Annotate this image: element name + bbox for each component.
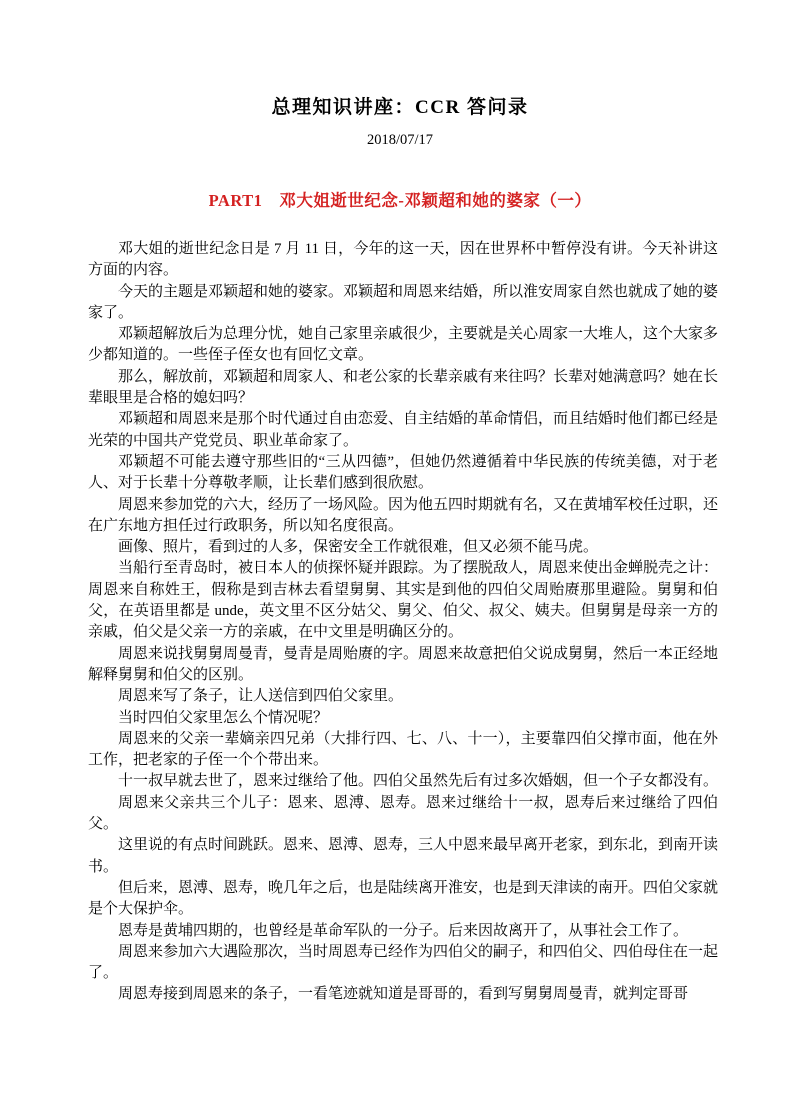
- body-paragraph-2: 今天的主题是邓颖超和她的婆家。邓颖超和周恩来结婚，所以淮安周家自然也就成了她的婆…: [88, 282, 718, 325]
- document-page: 总理知识讲座：CCR 答问录 2018/07/17 PART1 邓大姐逝世纪念-…: [0, 0, 800, 1100]
- body-paragraph-19: 周恩来参加六大遇险那次，当时周恩寿已经作为四伯父的嗣子，和四伯父、四伯母住在一起…: [88, 942, 718, 985]
- body-paragraph-15: 周恩来父亲共三个儿子：恩来、恩溥、恩寿。恩来过继给十一叔，恩寿后来过继给了四伯父…: [88, 793, 718, 836]
- body-paragraph-17: 但后来，恩溥、恩寿，晚几年之后，也是陆续离开淮安，也是到天津读的南开。四伯父家就…: [88, 878, 718, 921]
- body-paragraph-7: 周恩来参加党的六大，经历了一场风险。因为他五四时期就有名，又在黄埔军校任过职，还…: [88, 495, 718, 538]
- section-heading: PART1 邓大姐逝世纪念-邓颖超和她的婆家（一）: [0, 187, 800, 211]
- body-paragraph-6: 邓颖超不可能去遵守那些旧的“三从四德”，但她仍然遵循着中华民族的传统美德，对于老…: [88, 452, 718, 495]
- body-paragraph-1: 邓大姐的逝世纪念日是 7 月 11 日，今年的这一天，因在世界杯中暂停没有讲。今…: [88, 239, 718, 282]
- body-paragraph-16: 这里说的有点时间跳跃。恩来、恩溥、恩寿，三人中恩来最早离开老家，到东北，到南开读…: [88, 835, 718, 878]
- body-paragraph-20: 周恩寿接到周恩来的条子，一看笔迹就知道是哥哥的，看到写舅舅周曼青，就判定哥哥: [88, 984, 718, 1005]
- body-paragraph-14: 十一叔早就去世了，恩来过继给了他。四伯父虽然先后有过多次婚姻，但一个子女都没有。: [88, 771, 718, 792]
- document-title: 总理知识讲座：CCR 答问录: [0, 0, 800, 119]
- body-paragraph-18: 恩寿是黄埔四期的，也曾经是革命军队的一分子。后来因故离开了，从事社会工作了。: [88, 921, 718, 942]
- body-paragraph-10: 周恩来说找舅舅周曼青，曼青是周贻赓的字。周恩来故意把伯父说成舅舅，然后一本正经地…: [88, 644, 718, 687]
- body-paragraph-12: 当时四伯父家里怎么个情况呢？: [88, 708, 718, 729]
- body-paragraph-13: 周恩来的父亲一辈嫡亲四兄弟（大排行四、七、八、十一），主要靠四伯父撑市面，他在外…: [88, 729, 718, 772]
- body-paragraph-11: 周恩来写了条子，让人送信到四伯父家里。: [88, 686, 718, 707]
- body-paragraph-4: 那么，解放前，邓颖超和周家人、和老公家的长辈亲戚有来往吗？长辈对她满意吗？她在长…: [88, 367, 718, 410]
- body-paragraph-5: 邓颖超和周恩来是那个时代通过自由恋爱、自主结婚的革命情侣，而且结婚时他们都已经是…: [88, 409, 718, 452]
- body-paragraph-3: 邓颖超解放后为总理分忧，她自己家里亲戚很少，主要就是关心周家一大堆人，这个大家多…: [88, 324, 718, 367]
- body-paragraph-9: 当船行至青岛时，被日本人的侦探怀疑并跟踪。为了摆脱敌人，周恩来使出金蝉脱壳之计：…: [88, 558, 718, 643]
- document-date: 2018/07/17: [0, 132, 800, 149]
- document-body: 邓大姐的逝世纪念日是 7 月 11 日，今年的这一天，因在世界杯中暂停没有讲。今…: [88, 239, 718, 1006]
- body-paragraph-8: 画像、照片，看到过的人多，保密安全工作就很难，但又必须不能马虎。: [88, 537, 718, 558]
